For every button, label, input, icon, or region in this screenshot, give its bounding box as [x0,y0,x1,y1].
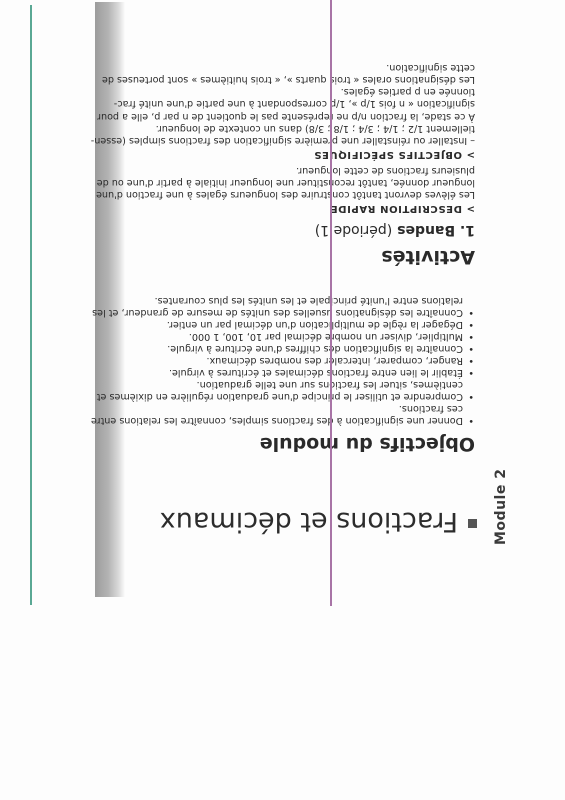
specific-objective-line: tiellement 1/2 ; 1/4 ; 3/4 ; 1/8 ; 3/8) … [90,122,475,134]
objective-line: ces fractions. [90,402,463,414]
square-bullet-icon [468,519,477,528]
objective-item: Multiplier, diviser un nombre décimal pa… [90,330,475,342]
activity-name: Bandes [397,222,455,238]
activity-period: (période 1) [315,222,393,238]
description-text: Les élèves devront tantôt construire des… [90,163,475,200]
activity-title: 1. Bandes (période 1) [315,222,475,238]
objective-line: Donner une signification à des fractions… [90,414,463,426]
specific-objective-line: – Installer ou réinstaller une première … [90,134,475,146]
module-label: Module 2 [493,450,515,545]
objective-line: centièmes, situer les fractions sur une … [90,378,463,390]
objectives-list: Donner une signification à des fractions… [90,294,475,426]
description-line: plusieurs fractions de cette longueur. [90,163,475,175]
objective-item: Donner une signification à des fractions… [90,402,475,426]
specific-objective-line: signification « n fois 1/p », 1/p corres… [90,97,475,109]
activity-number: 1. [460,222,475,238]
objective-line: Multiplier, diviser un nombre décimal pa… [90,330,463,342]
page-title: Fractions et décimaux [160,506,477,537]
description-line: Les élèves devront tantôt construire des… [90,188,475,200]
specific-objective-line: À ce stade, la fraction n/p ne représent… [90,109,475,121]
specific-objectives-text: – Installer ou réinstaller une première … [90,61,475,146]
activities-heading: Activités [381,246,475,268]
description-line: longueur donnée, tantôt reconstituer une… [90,176,475,188]
specific-objective-line: Les désignations orales « trois quarts »… [90,73,475,85]
objective-line: Ranger, comparer, intercaler des nombres… [90,354,463,366]
specific-objective-line: cette signification. [90,61,475,73]
scanned-page-rotated: Module 2 Fractions et décimaux Objectifs… [0,0,565,800]
objective-line: Dégager la règle de multiplication d'un … [90,318,463,330]
margin-line-purple [330,0,332,606]
objective-line: Connaître les désignations usuelles des … [90,306,463,318]
objective-item: Comprendre et utiliser le principe d'une… [90,378,475,402]
objective-item: Connaître les désignations usuelles des … [90,294,475,318]
objective-line: Connaître la signification des chiffres … [90,342,463,354]
objective-item: Connaître la signification des chiffres … [90,342,475,354]
specific-objectives-heading: > OBJECTIFS SPÉCIFIQUES [314,149,475,160]
objectives-heading: Objectifs du module [260,433,475,455]
description-heading: > DESCRIPTION RAPIDE [330,203,475,214]
objective-item: Établir le lien entre fractions décimale… [90,366,475,378]
margin-line-teal [30,5,32,605]
objective-item: Dégager la règle de multiplication d'un … [90,318,475,330]
objective-line: relations entre l'unité principale et le… [90,294,463,306]
page-title-text: Fractions et décimaux [160,506,458,537]
objective-line: Comprendre et utiliser le principe d'une… [90,390,463,402]
specific-objective-line: tionnée en p parties égales. [90,85,475,97]
objective-item: Ranger, comparer, intercaler des nombres… [90,354,475,366]
objective-line: Établir le lien entre fractions décimale… [90,366,463,378]
